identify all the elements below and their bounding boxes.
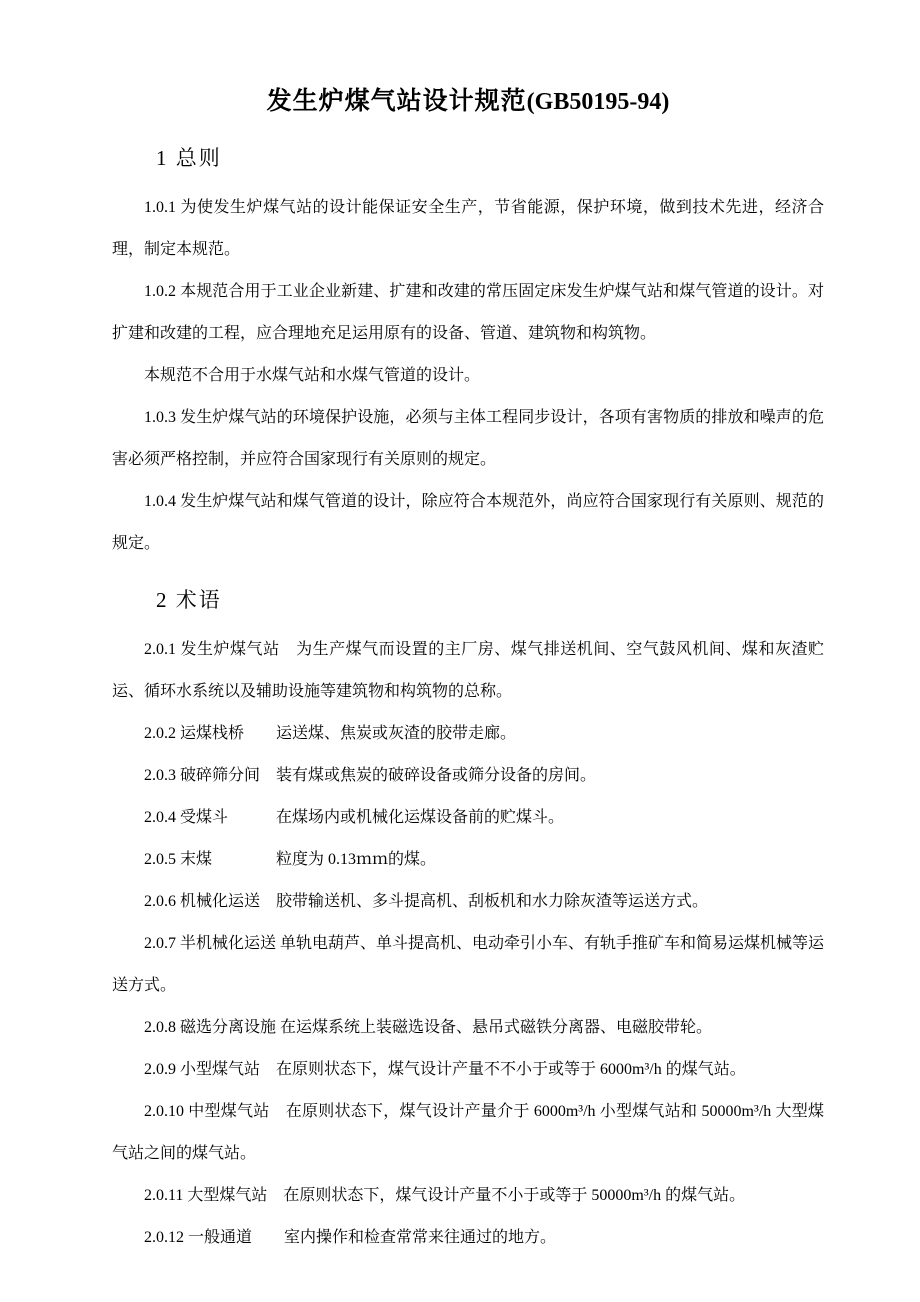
document-title-text: 发生炉煤气站设计规范 — [267, 88, 527, 115]
para-1-0-2-note: 本规范不合用于水煤气站和水煤气管道的设计。 — [112, 355, 824, 397]
section-heading-general: 1 总则 — [156, 143, 824, 173]
para-1-0-1: 1.0.1 为使发生炉煤气站的设计能保证安全生产，节省能源，保护环境，做到技术先… — [112, 187, 824, 271]
para-2-0-10: 2.0.10 中型煤气站 在原则状态下，煤气设计产量介于 6000m³/h 小型… — [112, 1091, 824, 1175]
para-1-0-3: 1.0.3 发生炉煤气站的环境保护设施，必须与主体工程同步设计，各项有害物质的排… — [112, 397, 824, 481]
para-2-0-9: 2.0.9 小型煤气站 在原则状态下，煤气设计产量不不小于或等于 6000m³/… — [112, 1049, 824, 1091]
document-title: 发生炉煤气站设计规范(GB50195-94) — [112, 84, 824, 123]
para-1-0-2: 1.0.2 本规范合用于工业企业新建、扩建和改建的常压固定床发生炉煤气站和煤气管… — [112, 271, 824, 355]
para-2-0-12: 2.0.12 一般通道 室内操作和检查常常来往通过的地方。 — [112, 1217, 824, 1259]
para-2-0-2: 2.0.2 运煤栈桥 运送煤、焦炭或灰渣的胶带走廊。 — [112, 713, 824, 755]
para-2-0-11: 2.0.11 大型煤气站 在原则状态下，煤气设计产量不小于或等于 50000m³… — [112, 1175, 824, 1217]
document-page: 发生炉煤气站设计规范(GB50195-94) 1 总则 1.0.1 为使发生炉煤… — [0, 0, 920, 1302]
para-2-0-7: 2.0.7 半机械化运送 单轨电葫芦、单斗提高机、电动牵引小车、有轨手推矿车和简… — [112, 923, 824, 1007]
para-2-0-4: 2.0.4 受煤斗 在煤场内或机械化运煤设备前的贮煤斗。 — [112, 797, 824, 839]
para-2-0-8: 2.0.8 磁选分离设施 在运煤系统上装磁选设备、悬吊式磁铁分离器、电磁胶带轮。 — [112, 1007, 824, 1049]
para-2-0-1: 2.0.1 发生炉煤气站 为生产煤气而设置的主厂房、煤气排送机间、空气鼓风机间、… — [112, 629, 824, 713]
para-2-0-3: 2.0.3 破碎筛分间 装有煤或焦炭的破碎设备或筛分设备的房间。 — [112, 755, 824, 797]
para-2-0-5: 2.0.5 末煤 粒度为 0.13ｍｍ的煤。 — [112, 839, 824, 881]
section-heading-terms: 2 术语 — [156, 585, 824, 615]
para-1-0-4: 1.0.4 发生炉煤气站和煤气管道的设计，除应符合本规范外，尚应符合国家现行有关… — [112, 481, 824, 565]
para-2-0-6: 2.0.6 机械化运送 胶带输送机、多斗提高机、刮板机和水力除灰渣等运送方式。 — [112, 881, 824, 923]
document-title-code: (GB50195-94) — [527, 89, 670, 115]
